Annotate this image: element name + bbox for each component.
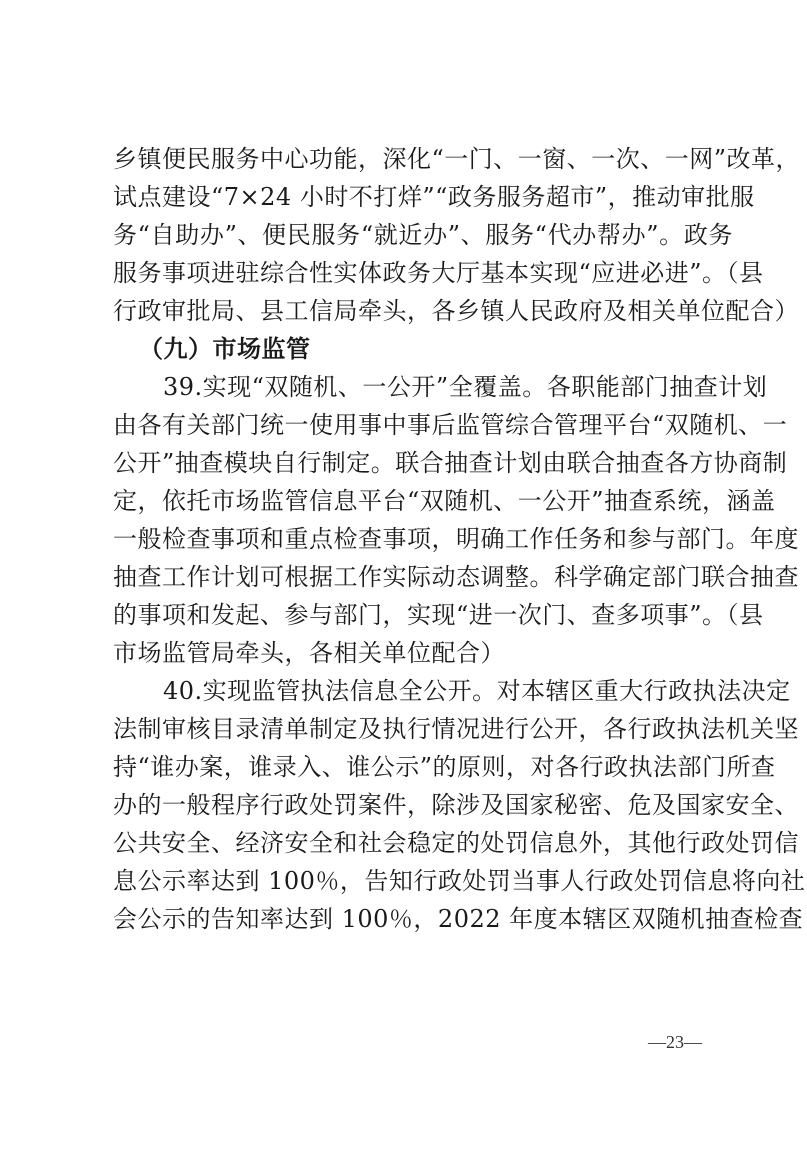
text-line: 务“自助办”、便民服务“就近办”、服务“代办帮办”。政务 bbox=[113, 216, 733, 254]
text-line: 定，依托市场监管信息平台“双随机、一公开”抽查系统，涵盖 bbox=[113, 482, 733, 520]
text-line: 行政审批局、县工信局牵头，各乡镇人民政府及相关单位配合） bbox=[113, 292, 733, 330]
text-line: 抽查工作计划可根据工作实际动态调整。科学确定部门联合抽查 bbox=[113, 558, 733, 596]
page-number: —23— bbox=[648, 1032, 702, 1053]
text-line: 公共安全、经济安全和社会稳定的处罚信息外，其他行政处罚信 bbox=[113, 824, 733, 862]
text-line: 持“谁办案，谁录入、谁公示”的原则，对各行政执法部门所查 bbox=[113, 748, 733, 786]
text-line: 40.实现监管执法信息全公开。对本辖区重大行政执法决定 bbox=[113, 672, 733, 710]
continued-paragraph: 乡镇便民服务中心功能，深化“一门、一窗、一次、一网”改革， 试点建设“7×24 … bbox=[113, 140, 733, 330]
text-line: 法制审核目录清单制定及执行情况进行公开，各行政执法机关坚 bbox=[113, 710, 733, 748]
item-40-paragraph: 40.实现监管执法信息全公开。对本辖区重大行政执法决定 法制审核目录清单制定及执… bbox=[113, 672, 733, 938]
text-line: 会公示的告知率达到 100％，2022 年度本辖区双随机抽查检查 bbox=[113, 900, 733, 938]
text-line: 39.实现“双随机、一公开”全覆盖。各职能部门抽查计划 bbox=[113, 368, 733, 406]
text-line: 一般检查事项和重点检查事项，明确工作任务和参与部门。年度 bbox=[113, 520, 733, 558]
item-39-paragraph: 39.实现“双随机、一公开”全覆盖。各职能部门抽查计划 由各有关部门统一使用事中… bbox=[113, 368, 733, 672]
text-line: 办的一般程序行政处罚案件，除涉及国家秘密、危及国家安全、 bbox=[113, 786, 733, 824]
text-line: 息公示率达到 100％，告知行政处罚当事人行政处罚信息将向社 bbox=[113, 862, 733, 900]
text-line: 的事项和发起、参与部门，实现“进一次门、查多项事”。（县 bbox=[113, 596, 733, 634]
text-line: 公开”抽查模块自行制定。联合抽查计划由联合抽查各方协商制 bbox=[113, 444, 733, 482]
text-line: 乡镇便民服务中心功能，深化“一门、一窗、一次、一网”改革， bbox=[113, 140, 733, 178]
document-page: 乡镇便民服务中心功能，深化“一门、一窗、一次、一网”改革， 试点建设“7×24 … bbox=[113, 140, 733, 938]
text-line: 由各有关部门统一使用事中事后监管综合管理平台“双随机、一 bbox=[113, 406, 733, 444]
text-line: 试点建设“7×24 小时不打烊”“政务服务超市”，推动审批服 bbox=[113, 178, 733, 216]
text-line: 服务事项进驻综合性实体政务大厅基本实现“应进必进”。（县 bbox=[113, 254, 733, 292]
section-heading: （九）市场监管 bbox=[113, 330, 733, 368]
text-line: 市场监管局牵头，各相关单位配合） bbox=[113, 634, 733, 672]
